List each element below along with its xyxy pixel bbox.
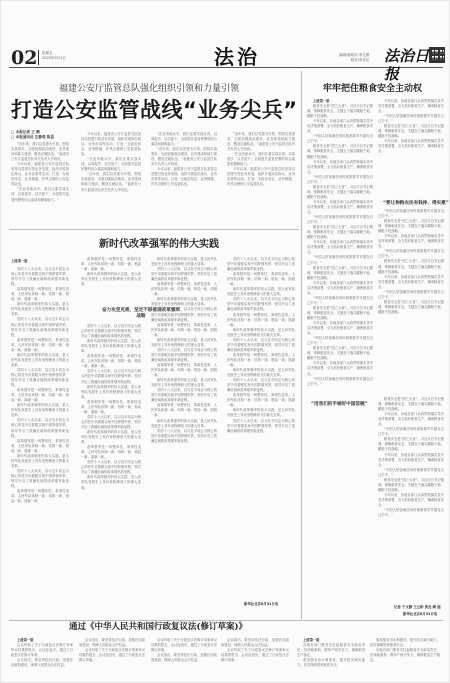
paragraph: 新时代改革强军的伟大实践，是人民军队发展史上具有里程碑意义的重大变革。 (11, 302, 69, 317)
paragraph: 党的十八大以来，以习近平同志为核心的党中央着眼实现中国梦强军梦，领导开启了波澜壮… (81, 369, 141, 384)
paragraph: 改革强军是一场整体性、革命性变革，人民军队体制一新、结构一新、格局一新、面貌一新… (11, 439, 69, 454)
paragraph: “中国人的饭碗任何时候都要牢牢端在自己手中。” (307, 175, 373, 185)
right-column-2b: “中国人的饭碗任何时候都要牢牢端在自己手中。” 粮食安全是“国之大者”。习近平总… (378, 209, 444, 395)
paragraph: 党的十八大以来，以习近平同志为核心的党中央着眼实现中国梦强军梦，领导开启了波澜壮… (81, 460, 141, 475)
paragraph: 新时代改革强军的伟大实践，是人民军队发展史上具有里程碑意义的重大变革。 (81, 339, 141, 354)
section-divider (9, 229, 299, 230)
paragraph: 粮食安全是“国之大者”。习近平总书记强调，保障粮食安全，关键在于落实藏粮于地、藏… (307, 346, 373, 361)
paragraph: 今年以来，各地各部门认真贯彻落实党中央决策部署，全力抓好粮食生产，确保粮食安全。 (307, 240, 373, 255)
paragraph: 粮食安全是“国之大者”。习近平总书记强调，保障粮食安全，关键在于落实藏粮于地、藏… (378, 437, 444, 452)
paragraph: 今年以来，各地各部门认真贯彻落实党中央决策部署，全力抓好粮食生产，确保粮食安全。 (378, 139, 444, 154)
lead-headline: 打造公安监管战线“业务尖兵” (11, 97, 298, 123)
paragraph: 今年以来，福建省公安厅监管总队坚持以党建引领业务发展，组织开展岗位练兵、业务竞赛… (81, 132, 141, 157)
paragraph: 会议听取了关于行政复议法修订草案审议结果的报告，会议经表决，通过了行政复议法修订… (151, 638, 217, 653)
paragraph: “在业务练兵中，我们注重实战实训，以赛促学、以学促干，全面提升监管民警的综合素质… (151, 132, 217, 147)
paragraph: 粮食安全是“国之大者”。习近平总书记强调，保障粮食安全，关键在于落实藏粮于地、藏… (378, 478, 444, 493)
page-masthead: 02 星期五 2023年9月1日 法治 编辑/蒋皓同 李元图 校对/李英亿 法治… (9, 46, 443, 68)
paragraph: “在业务练兵中，我们注重实战实训，以赛促学、以学促干，全面提升监管民警的综合素质… (81, 157, 141, 172)
paragraph: “中国人的饭碗任何时候都要牢牢端在自己手中。” (378, 209, 444, 219)
paragraph: 今年以来，各地各部门认真贯彻落实党中央决策部署，全力抓好粮食生产，确保粮食安全。 (307, 281, 373, 296)
paragraph: “近年来，我们以党建为引领，围绕实战需求，全面加强政治建设、业务建设和能力建设，… (227, 132, 295, 152)
paragraph: 新时代改革强军的伟大实践，是人民军队发展史上具有里程碑意义的重大变革。 (11, 353, 69, 368)
paragraph: 党的十八大以来，以习近平同志为核心的党中央着眼实现中国梦强军梦，领导开启了波澜壮… (11, 368, 69, 388)
paragraph: 粮食安全是“国之大者”。习近平总书记强调，保障粮食安全，关键在于落实藏粮于地、藏… (307, 104, 373, 119)
paragraph: 党的十八大以来，以习近平同志为核心的党中央着眼实现中国梦强军梦，领导开启了波澜壮… (151, 388, 217, 403)
paragraph: 今年以来，各地各部门认真贯彻落实党中央决策部署，全力抓好粮食生产，确保粮食安全。 (378, 412, 444, 427)
paragraph: 改革强军是一场整体性、革命性变革，人民军队体制一新、结构一新、格局一新、面貌一新… (11, 287, 69, 302)
paragraph: 党的十八大以来，以习近平同志为核心的党中央着眼实现中国梦强军梦，领导开启了波澜壮… (151, 348, 217, 363)
paragraph: 粮食安全是“国之大者”。习近平总书记强调，保障粮食安全，关键在于落实藏粮于地、藏… (307, 225, 373, 240)
paragraph: “中国人的饭碗任何时候都要牢牢端在自己手中。” (378, 427, 444, 437)
paragraph: 新时代改革强军的伟大实践，是人民军队发展史上具有里程碑意义的重大变革。 (81, 475, 141, 490)
paragraph: “中国人的饭碗任何时候都要牢牢端在自己手中。” (378, 114, 444, 124)
paragraph: 改革强军是一场整体性、革命性变革，人民军队体制一新、结构一新、格局一新、面貌一新… (11, 338, 69, 353)
paragraph: 粮食安全是“国之大者”。习近平总书记强调，保障粮食安全，关键在于落实藏粮于地、藏… (378, 397, 444, 412)
paragraph: 党的十八大以来，以习近平同志为核心的党中央着眼实现中国梦强军梦，领导开启了波澜壮… (151, 429, 217, 444)
paragraph: 今年以来，各地各部门认真贯彻落实党中央决策部署，全力抓好粮食生产，确保粮食安全。 (307, 321, 373, 336)
paragraph: 改革强军是一场整体性、革命性变革，人民军队体制一新、结构一新、格局一新、面貌一新… (151, 403, 217, 418)
right-column-1: 上接第一版 粮食安全是“国之大者”。习近平总书记强调，保障粮食安全，关键在于落实… (307, 99, 373, 619)
paragraph: 会议听取了关于行政复议法修订草案审议结果的报告，会议经表决，通过了行政复议法修订… (79, 648, 145, 662)
paragraph: 党的十八大以来，以习近平同志为核心的党中央着眼实现中国梦强军梦，领导开启了波澜壮… (11, 418, 69, 438)
page-date-text: 2023年9月1日 (42, 56, 66, 61)
paragraph: “中国人的饭碗任何时候都要牢牢端在自己手中。” (307, 134, 373, 144)
paragraph: 会议听取了关于行政复议法修订草案审议结果的报告，会议经表决，通过了行政复议法修订… (221, 648, 289, 663)
paragraph: 今年以来，各地各部门认真贯彻落实党中央决策部署，全力抓好粮食生产，确保粮食安全。 (378, 234, 444, 249)
paragraph: 改革强军是一场整体性、革命性变革，人民军队体制一新、结构一新、格局一新、面貌一新… (151, 363, 217, 378)
paragraph: “中国人的饭碗任何时候都要牢牢端在自己手中。” (307, 215, 373, 225)
paragraph: 改革强军是一场整体性、革命性变革，人民军队体制一新、结构一新、格局一新、面貌一新… (151, 323, 217, 338)
paragraph: 党的十八大以来，以习近平同志为核心的党中央着眼实现中国梦强军梦，领导开启了波澜壮… (11, 267, 69, 287)
paragraph: 粮食安全是“国之大者”。习近平总书记强调，保障粮食安全，关键在于落实藏粮于地、藏… (307, 185, 373, 200)
feature-column-2a: 改革强军是一场整体性、革命性变革，人民军队体制一新、结构一新、格局一新、面貌一新… (81, 257, 141, 307)
bottom-headline: 通过《中华人民共和国行政复议法(修订草案)》 (69, 622, 247, 633)
bottom-right-column-2: 要加强农田水利建设，提升防灾减灾能力，切实保障国家粮食安全。 各地各部门要坚决扛… (370, 638, 440, 662)
paragraph: 改革强军是一场整体性、革命性变革，人民军队体制一新、结构一新、格局一新、面貌一新… (81, 257, 141, 272)
paragraph: 党的十八大以来，以习近平同志为核心的党中央着眼实现中国梦强军梦，领导开启了波澜壮… (81, 415, 141, 430)
feature-credit: 新华社北京8月31日电 (244, 602, 278, 607)
qr-code-icon (429, 47, 445, 63)
lead-column-4: “近年来，我们以党建为引领，围绕实战需求，全面加强政治建设、业务建设和能力建设，… (227, 132, 295, 224)
paragraph: 改革强军是一场整体性、革命性变革，人民军队体制一新、结构一新、格局一新、面貌一新… (81, 400, 141, 415)
paragraph: 今年以来，各地各部门认真贯彻落实党中央决策部署，全力抓好粮食生产，确保粮食安全。 (307, 119, 373, 134)
paragraph: 粮食安全是“国之大者”。习近平总书记强调，保障粮食安全，关键在于落实藏粮于地、藏… (307, 306, 373, 321)
paragraph: “中国人的饭碗任何时候都要牢牢端在自己手中。” (378, 508, 444, 518)
paragraph: 今年以来，福建省公安厅监管总队坚持以党建引领业务发展，组织开展岗位练兵、业务竞赛… (151, 167, 217, 187)
feature-column-3: 新时代改革强军的伟大实践，是人民军队发展史上具有里程碑意义的重大变革。 党的十八… (151, 257, 217, 579)
paragraph: 今年以来，各地各部门认真贯彻落实党中央决策部署，全力抓好粮食生产，确保粮食安全。 (378, 99, 444, 114)
masthead-divider (38, 50, 39, 65)
lead-column-2: 今年以来，福建省公安厅监管总队坚持以党建引领业务发展，组织开展岗位练兵、业务竞赛… (81, 132, 141, 224)
newspaper-page: 02 星期五 2023年9月1日 法治 编辑/蒋皓同 李元图 校对/李英亿 法治… (0, 0, 450, 683)
paragraph: 党的十八大以来，以习近平同志为核心的党中央着眼实现中国梦强军梦，领导开启了波澜壮… (227, 419, 295, 434)
paragraph: 新时代改革强军的伟大实践，是人民军队发展史上具有里程碑意义的重大变革。 (151, 419, 217, 429)
paragraph: 各地各部门要坚决扛起粮食安全政治责任，坚持稳面积、增单产两手发力，确保粮食生产稳… (370, 648, 440, 662)
bottom-column-4: 会议指出，要坚持依法行政，加强法治政府建设，保障人民群众合法权益。 会议听取了关… (221, 638, 289, 664)
lead-column-1: “近年来，我们以党建为引领，围绕实战需求，全面加强政治建设、业务建设和能力建设，… (11, 142, 69, 224)
paragraph: 会议指出，要坚持依法行政，加强法治政府建设，保障人民群众合法权益。 (221, 638, 289, 648)
paragraph: 新时代改革强军的伟大实践，是人民军队发展史上具有里程碑意义的重大变革。 (227, 408, 295, 418)
paragraph: 党的十八大以来，以习近平同志为核心的党中央着眼实现中国梦强军梦，领导开启了波澜壮… (81, 324, 141, 339)
paragraph: 会议指出，要坚持依法行政，加强法治政府建设，保障人民群众合法权益。 (11, 658, 73, 668)
feature-column-1: 党的十八大以来，以习近平同志为核心的党中央着眼实现中国梦强军梦，领导开启了波澜壮… (11, 267, 69, 579)
page-number: 02 (11, 48, 37, 68)
paragraph: 新时代改革强军的伟大实践，是人民军队发展史上具有里程碑意义的重大变革。 (227, 328, 295, 338)
paragraph: 党的十八大以来，以习近平同志为核心的党中央着眼实现中国梦强军梦，领导开启了波澜壮… (151, 307, 217, 322)
paragraph: “中国人的饭碗任何时候都要牢牢端在自己手中。” (307, 377, 373, 387)
paragraph: 党的十八大以来，以习近平同志为核心的党中央着眼实现中国梦强军梦，领导开启了波澜壮… (227, 378, 295, 393)
paragraph: 党的十八大以来，以习近平同志为核心的党中央着眼实现中国梦强军梦，领导开启了波澜壮… (11, 469, 69, 489)
paragraph: “近年来，我们以党建为引领，围绕实战需求，全面加强政治建设、业务建设和能力建设，… (81, 172, 141, 192)
paragraph: “中国人的饭碗任何时候都要牢牢端在自己手中。” (307, 336, 373, 346)
paragraph: 新时代改革强军的伟大实践，是人民军队发展史上具有里程碑意义的重大变革。 (151, 338, 217, 348)
feature-headline: 新时代改革强军的伟大实践 (99, 239, 219, 251)
feature-column-4: 党的十八大以来，以习近平同志为核心的党中央着眼实现中国梦强军梦，领导开启了波澜壮… (227, 257, 295, 569)
paragraph: 党的十八大以来，以习近平同志为核心的党中央着眼实现中国梦强军梦，领导开启了波澜壮… (227, 297, 295, 312)
paragraph: 会议听取了关于行政复议法修订草案审议结果的报告，会议经表决，通过了行政复议法修订… (11, 643, 73, 658)
paragraph: 改革强军是一场整体性、革命性变革，人民军队体制一新、结构一新、格局一新、面貌一新… (81, 354, 141, 369)
paragraph: “在业务练兵中，我们注重实战实训，以赛促学、以学促干，全面提升监管民警的综合素质… (11, 187, 69, 202)
right-credit: 新华社北京8月31日电 (403, 612, 437, 617)
paragraph: 党的十八大以来，以习近平同志为核心的党中央着眼实现中国梦强军梦，领导开启了波澜壮… (151, 267, 217, 282)
paragraph: 粮食安全是“国之大者”。习近平总书记强调，保障粮食安全，关键在于落实藏粮于地、藏… (378, 219, 444, 234)
paragraph: 党的十八大以来，以习近平同志为核心的党中央着眼实现中国梦强军梦，领导开启了波澜壮… (11, 317, 69, 337)
bottom-column-3: 会议听取了关于行政复议法修订草案审议结果的报告，会议经表决，通过了行政复议法修订… (151, 638, 217, 664)
paragraph: 粮食安全是“国之大者”。习近平总书记强调，保障粮食安全，关键在于落实藏粮于地、藏… (378, 124, 444, 139)
paragraph: 改革强军是一场整体性、革命性变革，人民军队体制一新、结构一新、格局一新、面貌一新… (151, 282, 217, 297)
bottom-right-column-1: 上接第一版 各地各部门要坚决扛起粮食安全政治责任，坚持稳面积、增单产两手发力，确… (297, 638, 365, 670)
paragraph: 今年以来，各地各部门认真贯彻落实党中央决策部署，全力抓好粮食生产，确保粮食安全。 (378, 453, 444, 468)
right-subhead-2: “用我们的手端好中国饭碗” (311, 402, 368, 408)
paragraph: “近年来，我们以党建为引领，围绕实战需求，全面加强政治建设、业务建设和能力建设，… (11, 142, 69, 162)
paragraph: 新时代改革强军的伟大实践，是人民军队发展史上具有里程碑意义的重大变革。 (151, 257, 217, 267)
paragraph: 党的十八大以来，以习近平同志为核心的党中央着眼实现中国梦强军梦，领导开启了波澜壮… (227, 257, 295, 272)
paragraph: 改革强军是一场整体性、革命性变革，人民军队体制一新、结构一新、格局一新、面貌一新… (11, 489, 69, 504)
proofreader-line: 校对/李英亿 (339, 58, 369, 63)
paragraph: 粮食安全是“国之大者”。习近平总书记强调，保障粮食安全，关键在于落实藏粮于地、藏… (378, 300, 444, 315)
paragraph: “中国人的饭碗任何时候都要牢牢端在自己手中。” (307, 296, 373, 306)
paragraph: 今年以来，各地各部门认真贯彻落实党中央决策部署，全力抓好粮食生产，确保粮食安全。 (307, 160, 373, 175)
byline-correspondent: □ 本报通讯员 庄静观 陈喜 (11, 135, 54, 140)
paragraph: 新时代改革强军的伟大实践，是人民军队发展史上具有里程碑意义的重大变革。 (81, 385, 141, 400)
paragraph: 改革强军是一场整体性、革命性变革，人民军队体制一新、结构一新、格局一新、面貌一新… (227, 313, 295, 328)
paragraph: 新时代改革强军的伟大实践，是人民军队发展史上具有里程碑意义的重大变革。 (151, 378, 217, 388)
right-column-2a: 今年以来，各地各部门认真贯彻落实党中央决策部署，全力抓好粮食生产，确保粮食安全。… (378, 99, 444, 199)
paragraph: 改革强军是一场整体性、革命性变革，人民军队体制一新、结构一新、格局一新、面貌一新… (11, 388, 69, 403)
paragraph: 今年以来，各地各部门认真贯彻落实党中央决策部署，全力抓好粮食生产，确保粮食安全。 (307, 200, 373, 215)
paragraph: 新时代改革强军的伟大实践，是人民军队发展史上具有里程碑意义的重大变革。 (227, 368, 295, 378)
paragraph: “中国人的饭碗任何时候都要牢牢端在自己手中。” (307, 255, 373, 265)
paragraph: “在业务练兵中，我们注重实战实训，以赛促学、以学促干，全面提升监管民警的综合素质… (227, 152, 295, 167)
paragraph: 要加强农田水利建设，提升防灾减灾能力，切实保障国家粮食安全。 (370, 638, 440, 648)
paragraph: 新时代改革强军的伟大实践，是人民军队发展史上具有里程碑意义的重大变革。 (227, 287, 295, 297)
right-column-2c: 粮食安全是“国之大者”。习近平总书记强调，保障粮食安全，关键在于落实藏粮于地、藏… (378, 397, 444, 599)
bottom-column-1: 上接第一版 会议听取了关于行政复议法修订草案审议结果的报告，会议经表决，通过了行… (11, 638, 73, 674)
paragraph: 今年以来，各地各部门认真贯彻落实党中央决策部署，全力抓好粮食生产，确保粮食安全。 (378, 493, 444, 508)
paragraph: 今年以来，各地各部门认真贯彻落实党中央决策部署，全力抓好粮食生产，确保粮食安全。 (378, 275, 444, 290)
paragraph: 今年以来，各地各部门认真贯彻落实党中央决策部署，全力抓好粮食生产，确保粮食安全。 (307, 361, 373, 376)
right-subhead-1: “要让种粮农民有钱挣、得实惠” (383, 201, 449, 207)
paragraph: 新时代改革强军的伟大实践，是人民军队发展史上具有里程碑意义的重大变革。 (11, 403, 69, 418)
right-headline: 牢牢把住粮食安全主动权 (323, 84, 422, 95)
section-title: 法治 (214, 46, 260, 68)
paragraph: 改革强军是一场整体性、革命性变革，人民军队体制一新、结构一新、格局一新、面貌一新… (227, 272, 295, 287)
paragraph: 今年以来，福建省公安厅监管总队坚持以党建引领业务发展，组织开展岗位练兵、业务竞赛… (11, 162, 69, 187)
paragraph: 新时代改革强军的伟大实践，是人民军队发展史上具有里程碑意义的重大变革。 (81, 272, 141, 287)
editor-credits: 编辑/蒋皓同 李元图 校对/李英亿 (339, 53, 369, 63)
paragraph: 新时代改革强军的伟大实践，是人民军队发展史上具有里程碑意义的重大变革。 (11, 454, 69, 469)
paragraph: “中国人的饭碗任何时候都要牢牢端在自己手中。” (378, 249, 444, 259)
paragraph: 粮食安全是“国之大者”。习近平总书记强调，保障粮食安全，关键在于落实藏粮于地、藏… (378, 259, 444, 274)
paragraph: “中国人的饭碗任何时候都要牢牢端在自己手中。” (378, 468, 444, 478)
paragraph: 改革强军是一场整体性、革命性变革，人民军队体制一新、结构一新、格局一新、面貌一新… (81, 445, 141, 460)
paragraph: 会议指出，要坚持依法行政，加强法治政府建设，保障人民群众合法权益。 (79, 638, 145, 648)
paragraph: “中国人的饭碗任何时候都要牢牢端在自己手中。” (378, 290, 444, 300)
paragraph: “近年来，我们以党建为引领，围绕实战需求，全面加强政治建设、业务建设和能力建设，… (151, 147, 217, 167)
paragraph: 党的十八大以来，以习近平同志为核心的党中央着眼实现中国梦强军梦，领导开启了波澜壮… (227, 338, 295, 353)
paragraph: 粮食安全是“国之大者”。习近平总书记强调，保障粮食安全，关键在于落实藏粮于地、藏… (307, 266, 373, 281)
paragraph: 今年以来，福建省公安厅监管总队坚持以党建引领业务发展，组织开展岗位练兵、业务竞赛… (227, 167, 295, 187)
paragraph: 要加强农田水利建设，提升防灾减灾能力，切实保障国家粮食安全。 (297, 658, 365, 668)
right-staff-credit: 记者 于文静 王立彬 黄垚 顾 庭 (394, 605, 441, 610)
column-divider (301, 71, 302, 619)
page-date: 星期五 2023年9月1日 (42, 51, 66, 61)
paragraph: 各地各部门要坚决扛起粮食安全政治责任，坚持稳面积、增单产两手发力，确保粮食生产稳… (297, 643, 365, 658)
paragraph: 改革强军是一场整体性、革命性变革，人民军队体制一新、结构一新、格局一新、面貌一新… (227, 353, 295, 368)
bottom-column-2: 会议指出，要坚持依法行政，加强法治政府建设，保障人民群众合法权益。 会议听取了关… (79, 638, 145, 662)
lead-kicker: 福建公安厅监管总队强化组织引领和力量引领 (59, 84, 239, 95)
lead-column-3: “在业务练兵中，我们注重实战实训，以赛促学、以学促干，全面提升监管民警的综合素质… (151, 132, 217, 224)
paragraph: 新时代改革强军的伟大实践，是人民军队发展史上具有里程碑意义的重大变革。 (151, 297, 217, 307)
lead-byline: □ 本报记者 王 鹤 □ 本报通讯员 庄静观 陈喜 (11, 130, 54, 140)
paragraph: 改革强军是一场整体性、革命性变革，人民军队体制一新、结构一新、格局一新、面貌一新… (227, 393, 295, 408)
feature-column-2b: 党的十八大以来，以习近平同志为核心的党中央着眼实现中国梦强军梦，领导开启了波澜壮… (81, 324, 141, 579)
bottom-divider (9, 620, 443, 621)
paragraph: 会议指出，要坚持依法行政，加强法治政府建设，保障人民群众合法权益。 (151, 653, 217, 663)
paragraph: 粮食安全是“国之大者”。习近平总书记强调，保障粮食安全，关键在于落实藏粮于地、藏… (307, 144, 373, 159)
paragraph: 新时代改革强军的伟大实践，是人民军队发展史上具有里程碑意义的重大变革。 (81, 430, 141, 445)
